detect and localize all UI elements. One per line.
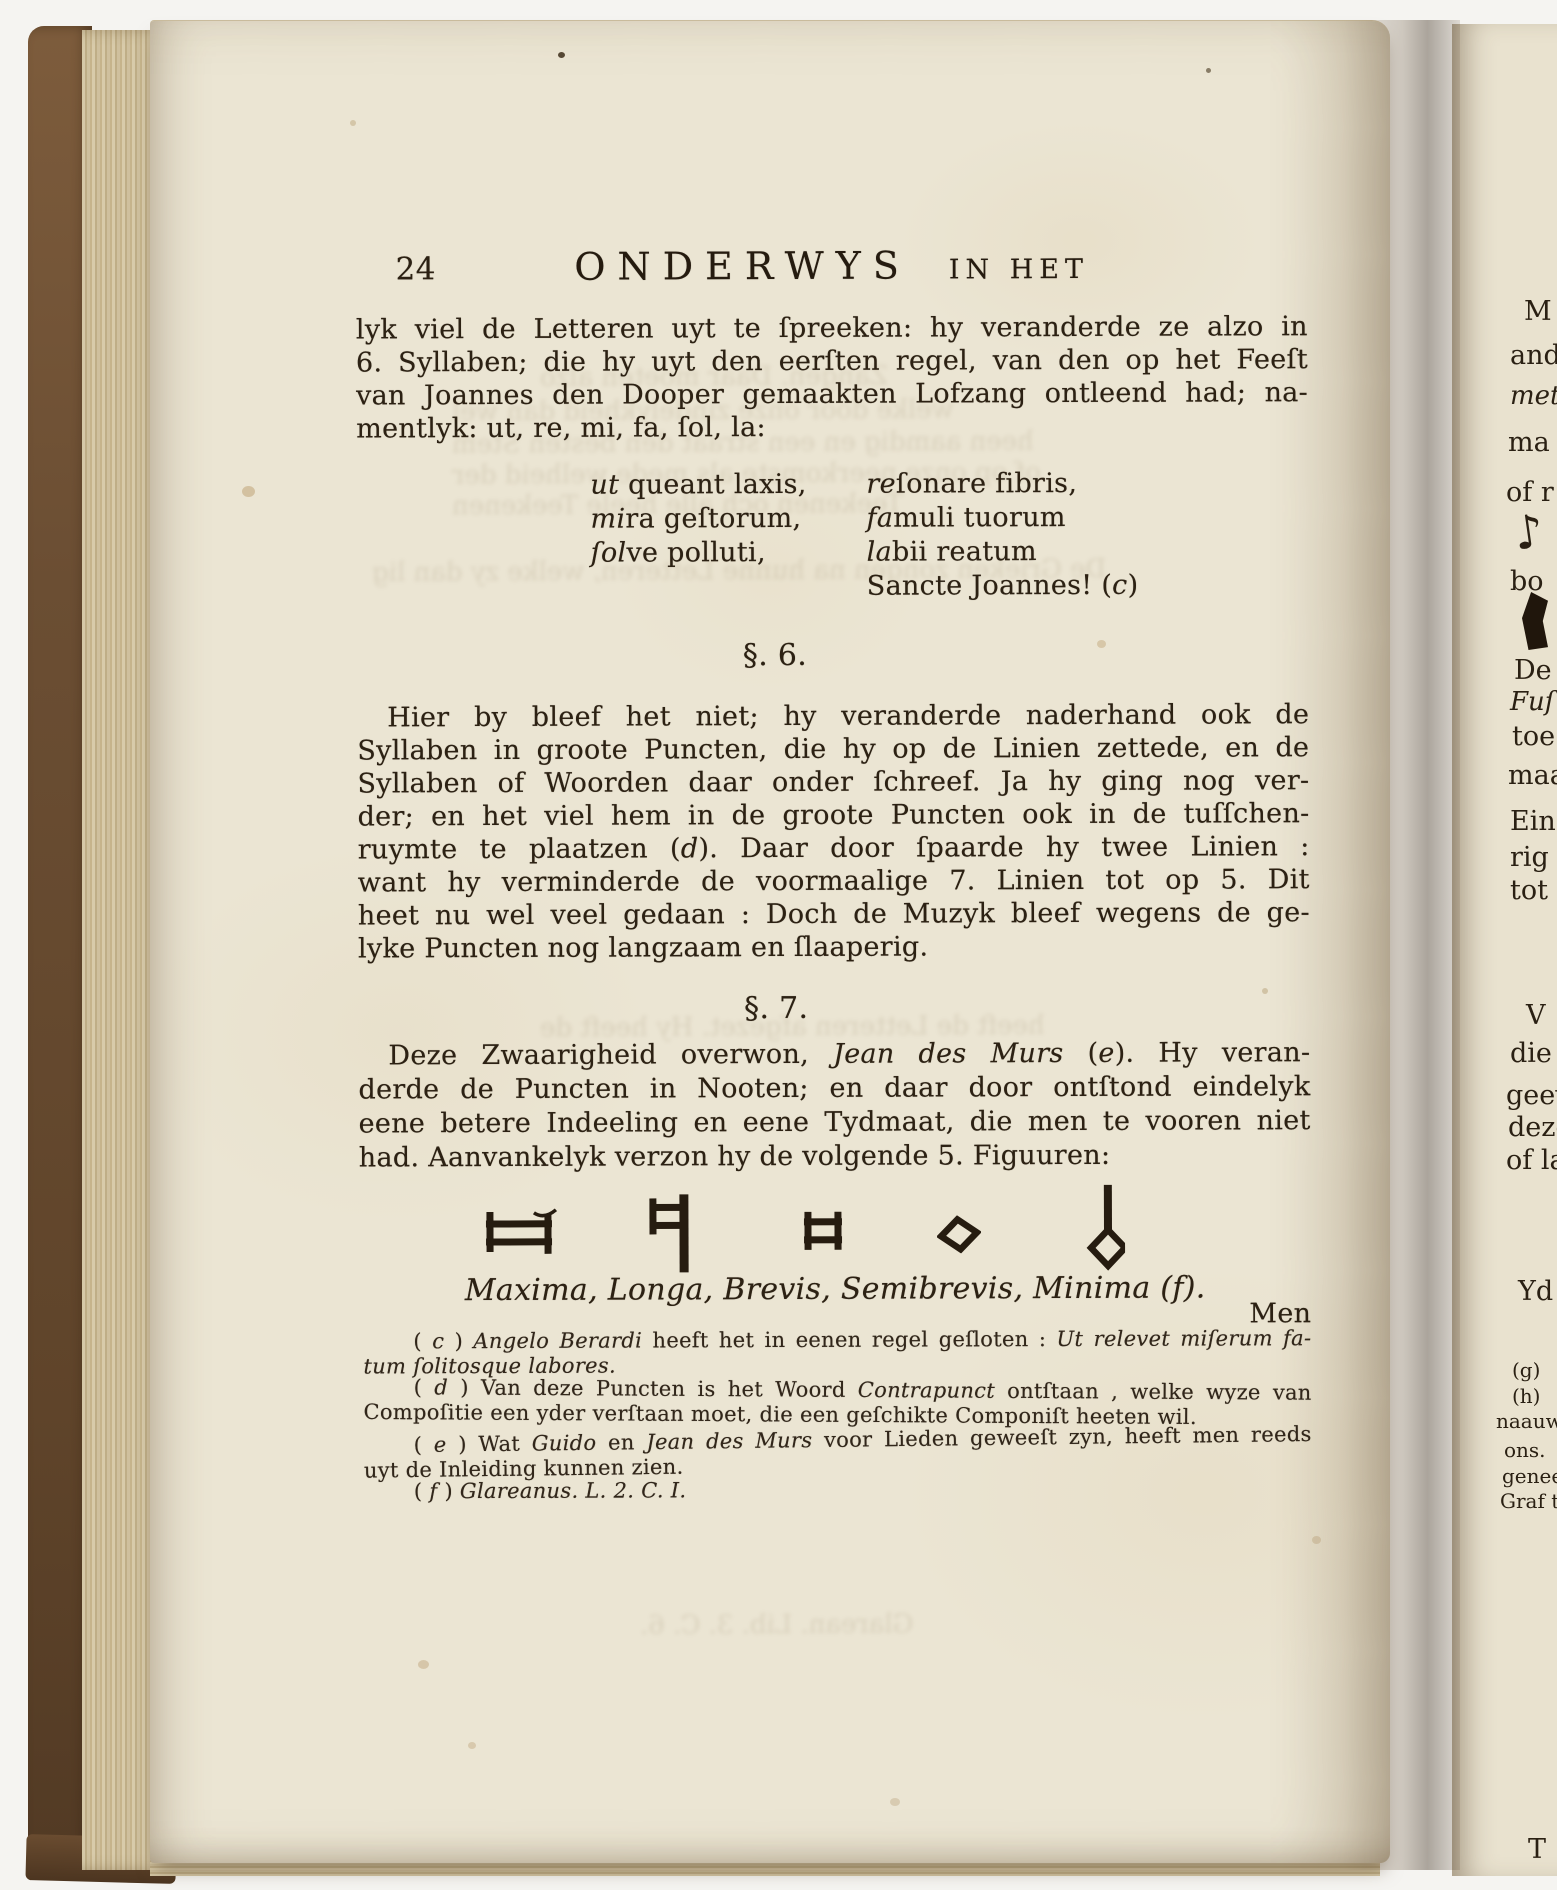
text-line: ruymte te plaatzen (d). Daar door ſpaard… bbox=[358, 830, 1310, 866]
section-7-heading: §. 7. bbox=[300, 989, 1252, 1027]
longa-note-icon bbox=[643, 1190, 695, 1276]
running-header-subtitle: IN HET bbox=[949, 254, 1089, 285]
page-text: 24 ONDERWYS IN HET lyk viel de Letteren … bbox=[0, 0, 1557, 1890]
footnotes: ( c ) Angelo Berardi heeft het in eenen … bbox=[363, 1326, 1312, 1504]
text-line: eene betere Indeeling en eene Tydmaat, d… bbox=[359, 1104, 1311, 1141]
footnote-e: ( e ) Wat Guido en Jean des Murs voor Li… bbox=[364, 1422, 1313, 1484]
text-line: Deze Zwaarigheid overwon, Jean des Murs … bbox=[358, 1036, 1310, 1073]
text-line: Hier by bleef het niet; hy veranderde na… bbox=[357, 698, 1309, 734]
text-line: reſonare fibris, bbox=[866, 467, 1138, 502]
text-line: Sancte Joannes! (c) bbox=[867, 569, 1139, 604]
maxima-note-icon bbox=[481, 1206, 559, 1258]
section-6-heading: §. 6. bbox=[299, 636, 1251, 674]
text-line: lyk viel de Letteren uyt te ſpreeken: hy… bbox=[356, 310, 1308, 346]
text-line: heet nu wel veel gedaan : Doch de Muzyk … bbox=[358, 896, 1310, 932]
text-line: mentlyk: ut, re, mi, fa, ſol, la: bbox=[356, 409, 1308, 445]
section-6-paragraph: Hier by bleef het niet; hy veranderde na… bbox=[357, 698, 1310, 965]
text-line: Syllaben of Woorden daar onder ſchreef. … bbox=[357, 764, 1309, 800]
text-line: 6. Syllaben; die hy uyt den eerſten rege… bbox=[356, 343, 1308, 379]
minima-note-icon bbox=[1077, 1182, 1125, 1276]
text-line: had. Aanvankelyk verzon hy de volgende 5… bbox=[359, 1138, 1311, 1175]
text-line: Syllaben in groote Puncten, die hy op de… bbox=[357, 731, 1309, 767]
footnote-c: ( c ) Angelo Berardi heeft het in eenen … bbox=[363, 1326, 1311, 1379]
running-header: ONDERWYS IN HET bbox=[356, 242, 1308, 289]
text-line: derde de Puncten in Nooten; en daar door… bbox=[358, 1070, 1310, 1107]
footnote-d: ( d ) Van deze Puncten is het Woord Cont… bbox=[363, 1375, 1311, 1431]
text-line: van Joannes den Dooper gemaakten Lofzang… bbox=[356, 376, 1308, 412]
book-photo: Zangen. Daar moeten alzowelke door onze … bbox=[0, 0, 1557, 1890]
running-header-title: ONDERWYS bbox=[574, 244, 911, 289]
brevis-note-icon bbox=[798, 1205, 848, 1257]
text-line: ut queant laxis, bbox=[590, 468, 806, 503]
text-line: want hy verminderde de voormaalige 7. Li… bbox=[358, 863, 1310, 899]
paragraph-1: lyk viel de Letteren uyt te ſpreeken: hy… bbox=[356, 310, 1308, 445]
text-line: ( c ) Angelo Berardi heeft het in eenen … bbox=[363, 1326, 1311, 1354]
hymn-verse-left-column: ut queant laxis,mira geſtorum,ſolve poll… bbox=[590, 468, 807, 571]
text-line: mira geſtorum, bbox=[590, 502, 806, 537]
text-line: ſolve polluti, bbox=[591, 536, 807, 571]
hymn-verse-right-column: reſonare fibris,famuli tuorumlabii reatu… bbox=[866, 467, 1138, 604]
semibrevis-note-icon bbox=[937, 1215, 981, 1253]
text-line: lyke Puncten nog langzaam en ſlaaperig. bbox=[358, 929, 1310, 965]
text-line: famuli tuorum bbox=[866, 501, 1138, 536]
text-line: labii reatum bbox=[867, 535, 1139, 570]
text-line: der; en het viel hem in de groote Puncte… bbox=[357, 797, 1309, 833]
section-7-paragraph: Deze Zwaarigheid overwon, Jean des Murs … bbox=[358, 1036, 1310, 1175]
